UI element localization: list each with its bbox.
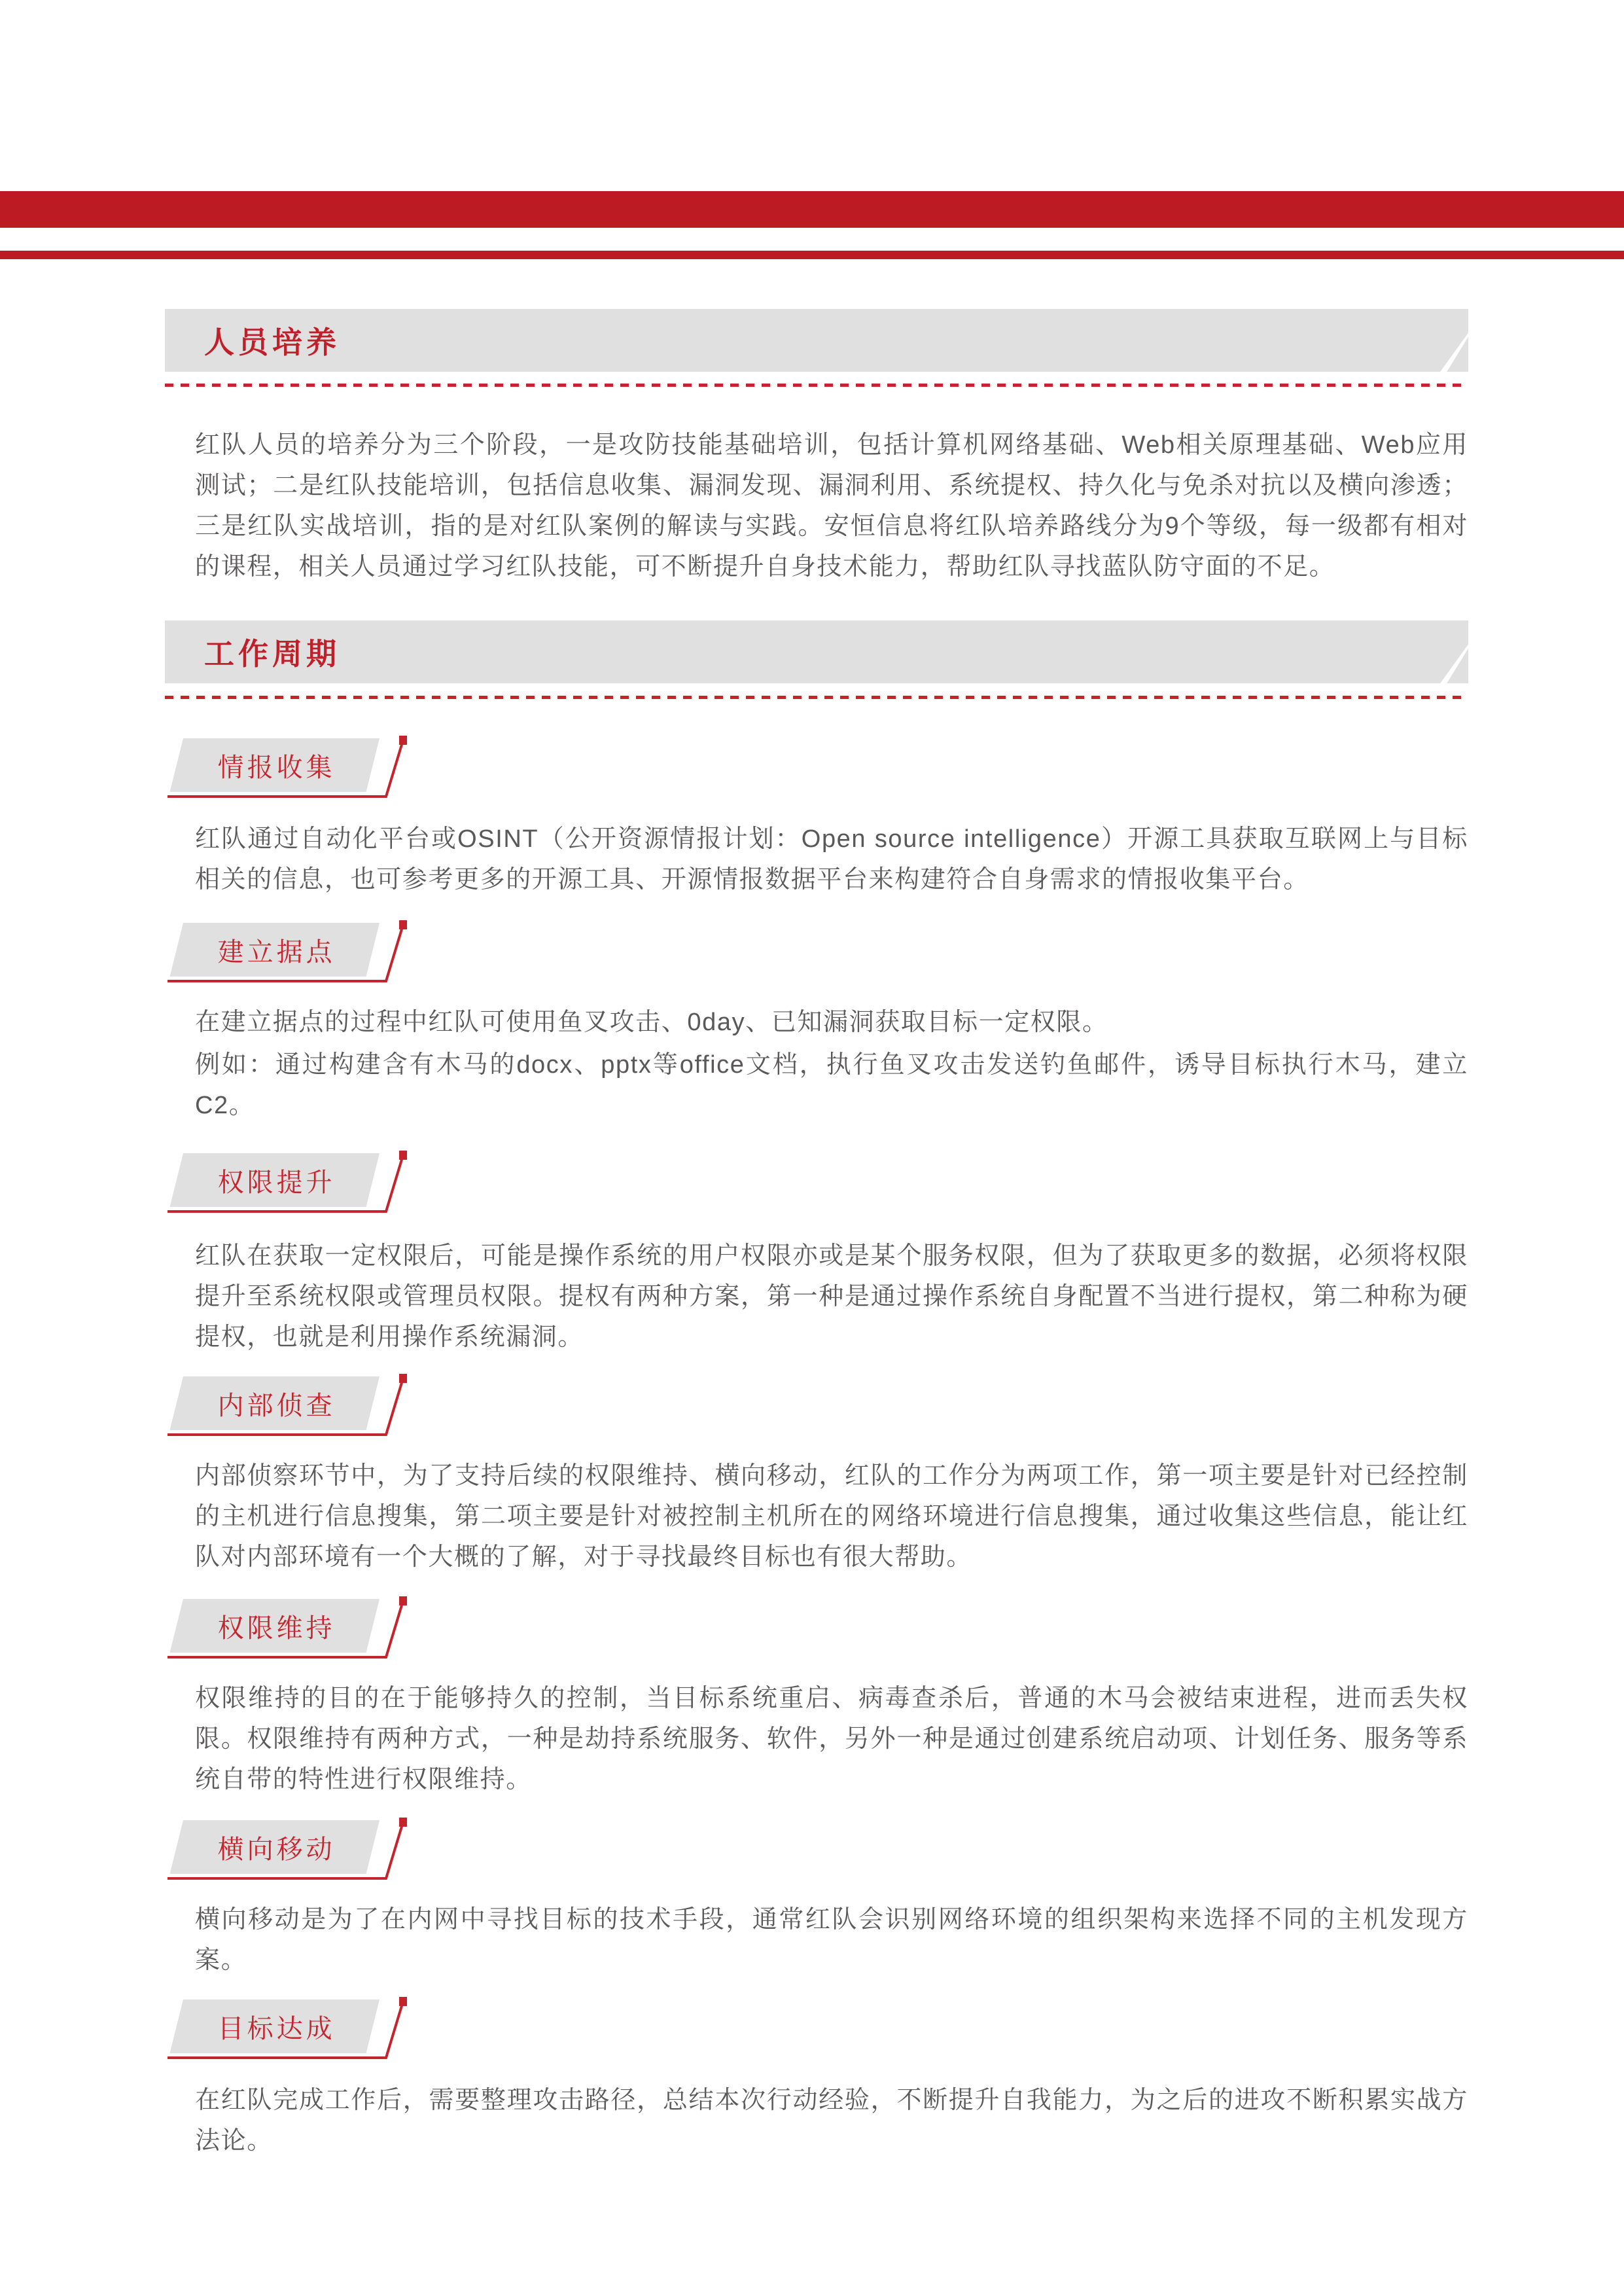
top-red-band-thick	[0, 191, 1624, 228]
phase-tag-internal-recon: 内部侦查	[165, 1371, 414, 1440]
tag-box: 权限提升	[170, 1153, 380, 1207]
tag-box: 建立据点	[170, 923, 380, 977]
phase-paragraph: 红队在获取一定权限后，可能是操作系统的用户权限亦或是某个服务权限，但为了获取更多…	[165, 1236, 1468, 1357]
phase-paragraph: 在红队完成工作后，需要整理攻击路径，总结本次行动经验，不断提升自我能力，为之后的…	[165, 2080, 1468, 2161]
section-header-background	[165, 309, 1468, 372]
tag-label: 情报收集	[214, 747, 335, 784]
phase-tag-establish-foothold: 建立据点	[165, 917, 414, 986]
top-red-band-thin	[0, 251, 1624, 259]
section-title-work-cycle: 工作周期	[204, 620, 340, 683]
phase-tag-persistence: 权限维持	[165, 1593, 414, 1662]
tag-label: 横向移动	[214, 1829, 335, 1866]
tag-box: 横向移动	[170, 1820, 380, 1874]
phase-tag-privilege-escalation: 权限提升	[165, 1147, 414, 1217]
document-page: 人员培养 红队人员的培养分为三个阶段，一是攻防技能基础培训，包括计算机网络基础、…	[0, 0, 1624, 2296]
tag-label: 建立据点	[214, 931, 335, 969]
section-header-work-cycle: 工作周期	[165, 620, 1468, 683]
phase-paragraph: 红队通过自动化平台或OSINT（公开资源情报计划：Open source int…	[165, 819, 1468, 900]
phase-paragraph: 内部侦察环节中，为了支持后续的权限维持、横向移动，红队的工作分为两项工作，第一项…	[165, 1456, 1468, 1577]
phase-tag-intelligence-gathering: 情报收集	[165, 732, 414, 802]
tag-label: 目标达成	[214, 2008, 335, 2045]
phase-paragraph: 横向移动是为了在内网中寻找目标的技术手段，通常红队会识别网络环境的组织架构来选择…	[165, 1899, 1468, 1981]
tag-box: 目标达成	[170, 2000, 380, 2053]
phase-paragraph: 在建立据点的过程中红队可使用鱼叉攻击、0day、已知漏洞获取目标一定权限。	[165, 1002, 1468, 1043]
tag-label: 权限提升	[214, 1162, 335, 1199]
tag-box: 内部侦查	[170, 1376, 380, 1430]
tag-label: 权限维持	[214, 1607, 335, 1645]
phase-paragraph: 例如：通过构建含有木马的docx、pptx等office文档，执行鱼叉攻击发送钓…	[165, 1045, 1468, 1126]
dashed-divider	[165, 384, 1468, 387]
dashed-divider	[165, 696, 1468, 699]
personnel-paragraph: 红队人员的培养分为三个阶段，一是攻防技能基础培训，包括计算机网络基础、Web相关…	[165, 425, 1468, 587]
tag-box: 情报收集	[170, 738, 380, 792]
tag-label: 内部侦查	[214, 1385, 335, 1422]
section-header-personnel: 人员培养	[165, 309, 1468, 372]
page-content: 人员培养 红队人员的培养分为三个阶段，一是攻防技能基础培训，包括计算机网络基础、…	[165, 309, 1468, 2161]
phase-paragraph: 权限维持的目的在于能够持久的控制，当目标系统重启、病毒查杀后，普通的木马会被结束…	[165, 1678, 1468, 1800]
section-title-personnel: 人员培养	[204, 309, 340, 372]
section-header-background	[165, 620, 1468, 683]
phase-tag-lateral-movement: 横向移动	[165, 1814, 414, 1884]
phase-tag-goal-achieved: 目标达成	[165, 1994, 414, 2063]
tag-box: 权限维持	[170, 1599, 380, 1653]
